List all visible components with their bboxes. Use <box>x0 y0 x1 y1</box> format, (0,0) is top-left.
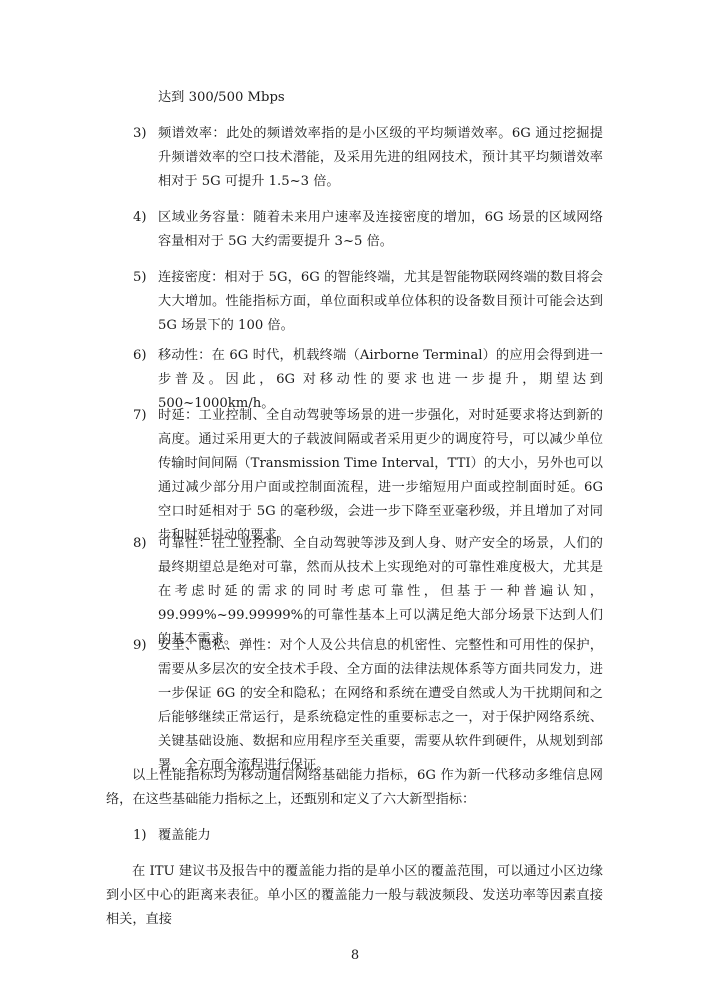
list-item-latency: 7) 时延：工业控制、全自动驾驶等场景的进一步强化，对时延要求将达到新的高度。通… <box>133 404 603 548</box>
item-number: 1) <box>133 824 157 848</box>
item-number: 6) <box>133 344 157 368</box>
list-item-connection-density: 5) 连接密度：相对于 5G，6G 的智能终端，尤其是智能物联网终端的数目将会大… <box>133 266 603 338</box>
summary-paragraph: 以上性能指标均为移动通信网络基础能力指标，6G 作为新一代移动多维信息网络，在这… <box>106 764 603 812</box>
item-number: 9) <box>133 634 157 658</box>
item-text: 连接密度：相对于 5G，6G 的智能终端，尤其是智能物联网终端的数目将会大大增加… <box>158 266 603 338</box>
item-number: 7) <box>133 404 157 428</box>
item-number: 8) <box>133 532 157 556</box>
item-text: 覆盖能力 <box>158 824 603 848</box>
item-text: 时延：工业控制、全自动驾驶等场景的进一步强化，对时延要求将达到新的高度。通过采用… <box>158 404 603 548</box>
item-text: 区域业务容量：随着未来用户速率及连接密度的增加，6G 场景的区域网络容量相对于 … <box>158 206 603 254</box>
continuation-line: 达到 300/500 Mbps <box>158 86 603 110</box>
list-item-spectral-efficiency: 3) 频谱效率：此处的频谱效率指的是小区级的平均频谱效率。6G 通过挖掘提升频谱… <box>133 122 603 194</box>
item-text: 频谱效率：此处的频谱效率指的是小区级的平均频谱效率。6G 通过挖掘提升频谱效率的… <box>158 122 603 194</box>
list-item-area-capacity: 4) 区域业务容量：随着未来用户速率及连接密度的增加，6G 场景的区域网络容量相… <box>133 206 603 254</box>
item-number: 3) <box>133 122 157 146</box>
list-item-security-privacy: 9) 安全、隐私、弹性：对个人及公共信息的机密性、完整性和可用性的保护，需要从多… <box>133 634 603 778</box>
coverage-paragraph: 在 ITU 建议书及报告中的覆盖能力指的是单小区的覆盖范围，可以通过小区边缘到小… <box>106 860 603 932</box>
item-number: 5) <box>133 266 157 290</box>
document-page: 达到 300/500 Mbps 3) 频谱效率：此处的频谱效率指的是小区级的平均… <box>0 0 710 1004</box>
item-text: 安全、隐私、弹性：对个人及公共信息的机密性、完整性和可用性的保护，需要从多层次的… <box>158 634 603 778</box>
list-item-coverage: 1) 覆盖能力 <box>133 824 603 848</box>
page-number: 8 <box>0 948 710 963</box>
item-number: 4) <box>133 206 157 230</box>
